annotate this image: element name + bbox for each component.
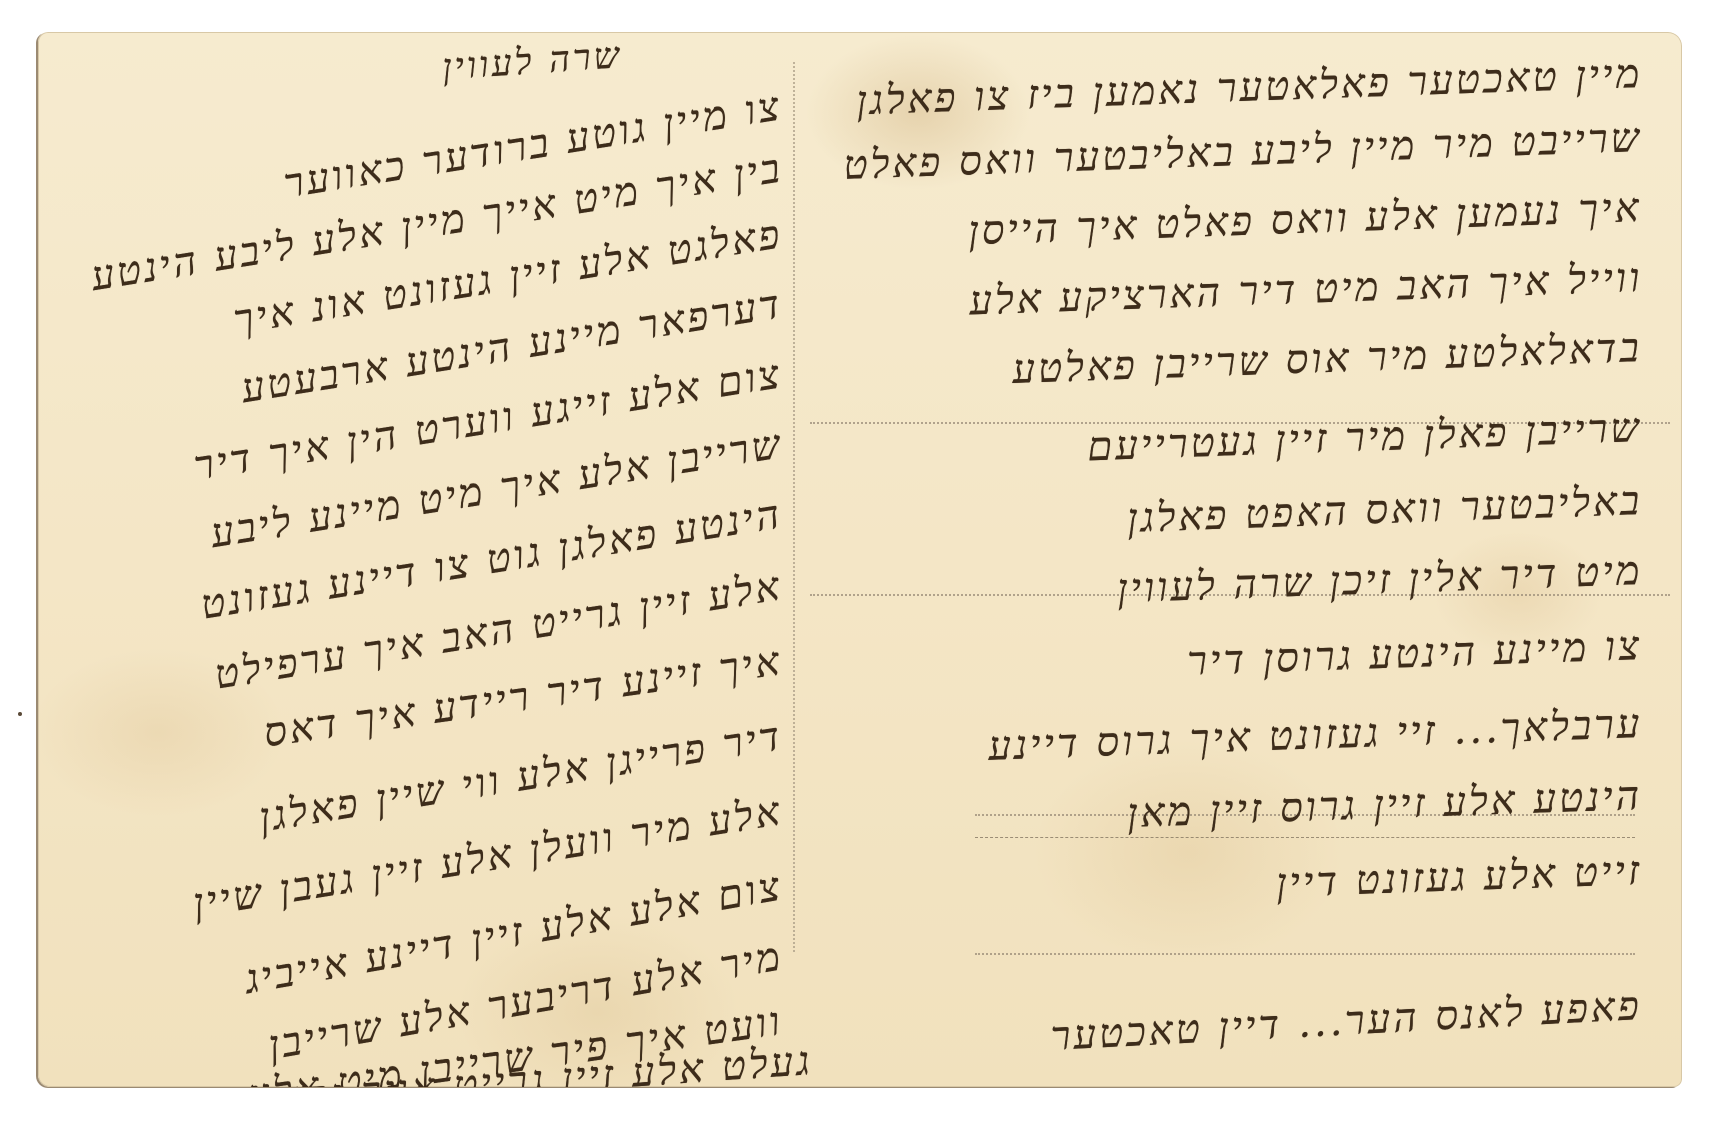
address-line-5 [975, 953, 1635, 955]
postcard: שרה לעווין צו מיין גוטע ברודער כאווער בי… [38, 32, 1682, 1087]
message-line: מיט דיר אלין זיכן שרה לעווין [1116, 547, 1643, 612]
message-line: איך נעמען אלע וואס פאלט איך הייסן [968, 184, 1643, 254]
message-line: באליבטער וואס האפט פאלגן [1126, 477, 1643, 542]
message-line: ערבלאך... זיי געזונט איך גרוס דיינע [987, 700, 1643, 770]
message-line: פאפע לאנס הער... דיין טאכטער [1050, 982, 1643, 1060]
address-line-4 [975, 837, 1635, 838]
message-line: הינטע אלע זיין גרוס זיין מאן [1126, 772, 1642, 837]
heading-name: שרה לעווין [441, 34, 623, 88]
center-divider-line [793, 62, 795, 952]
message-line: צו מיינע הינטע גרוסן דיר [1187, 622, 1643, 685]
message-line: שרייבן פאלן מיר זיין געטרייעם [1087, 404, 1643, 470]
message-line: שרייבט מיר מיין ליבע באליבטער וואס פאלט [843, 114, 1643, 189]
page: שרה לעווין צו מיין גוטע ברודער כאווער בי… [0, 0, 1717, 1121]
message-line: ווייל איך האב מיט דיר הארציקע אלע [968, 254, 1643, 324]
scan-speck [18, 712, 22, 716]
message-line: מיין טאכטער פאלאטער נאמען ביז צו פאלגן [855, 50, 1642, 124]
message-line: זייט אלע געזונט דיין [1275, 847, 1642, 907]
message-line: בדאלאלטע מיר אוס שרייבן פאלטע [1012, 324, 1643, 393]
